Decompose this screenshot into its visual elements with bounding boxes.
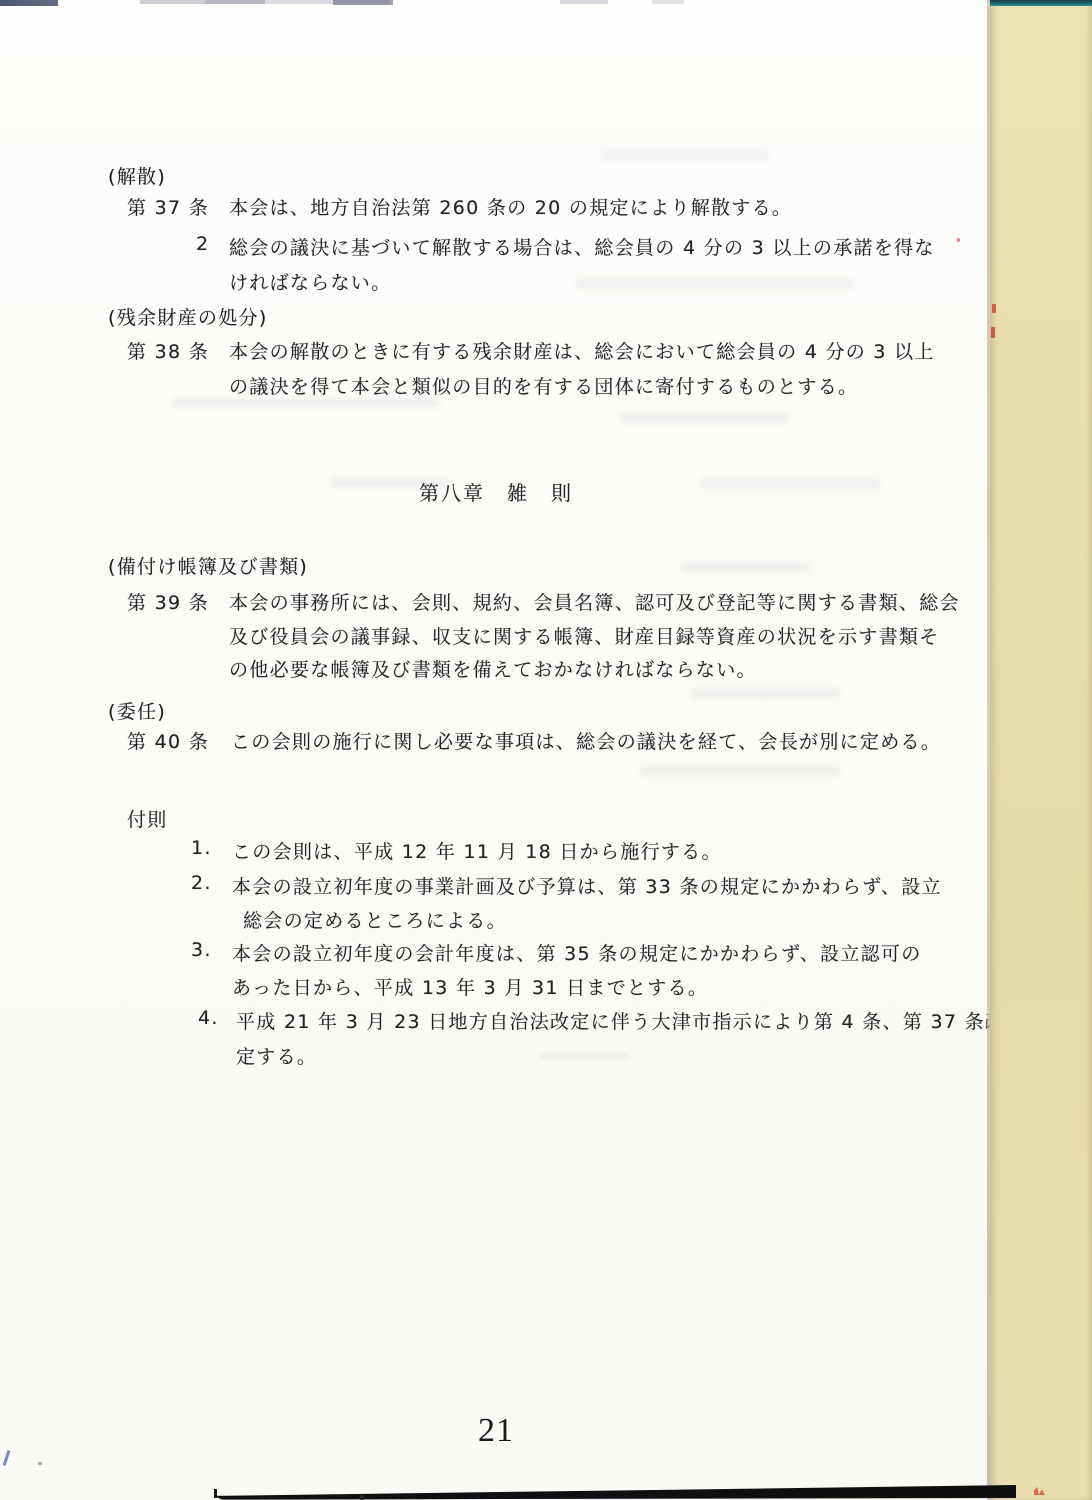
book-page-edge-strip [990,0,1092,1500]
article-38-label: 第 38 条 [127,337,209,364]
supplementary-heading: 付則 [127,805,168,832]
supplementary-item-1-number: 1. [191,837,212,859]
bleed-smudge [680,562,810,572]
supplementary-item-2-line-1: 本会の設立初年度の事業計画及び予算は、第 33 条の規定にかかわらず、設立 [232,872,942,899]
bleed-smudge [575,278,855,289]
scan-noise-top [0,0,58,6]
article-38-line-2: の議決を得て本会と類似の目的を有する団体に寄付するものとする。 [229,372,858,399]
article-40-line-1: この会則の施行に関し必要な事項は、総会の議決を経て、会長が別に定める。 [231,727,941,754]
bleed-smudge [690,688,840,698]
article-37-label: 第 37 条 [127,193,209,220]
red-ink-fleck [992,304,996,313]
scan-noise-top [652,0,684,4]
chapter-8-heading: 第八章 雑 則 [0,477,992,506]
scan-artifact-tick [360,1495,364,1500]
article-38-line-1: 本会の解散のときに有する残余財産は、総会において総会員の 4 分の 3 以上 [229,337,935,364]
caption-books-and-documents: (備付け帳簿及び書類) [108,552,308,579]
scan-shadow-bottom [214,1483,1016,1500]
blue-ink-fleck [3,1450,11,1466]
scan-noise-top [333,0,393,5]
scan-artifact-tick [214,1489,217,1498]
supplementary-item-2-number: 2. [191,872,212,894]
bleed-smudge [600,150,770,161]
supplementary-item-3-number: 3. [191,939,212,961]
supplementary-item-2-line-2: 総会の定めるところによる。 [243,906,507,933]
article-37-para-2-line-2: ければならない。 [229,268,391,295]
article-39-label: 第 39 条 [127,588,209,615]
supplementary-item-3-line-1: 本会の設立初年度の会計年度は、第 35 条の規定にかかわらず、設立認可の [232,939,922,966]
supplementary-item-1-line-1: この会則は、平成 12 年 11 月 18 日から施行する。 [232,837,722,864]
caption-residual-assets: (残余財産の処分) [108,303,268,330]
supplementary-item-4-number: 4. [198,1007,219,1029]
red-ink-fleck [991,327,995,338]
article-37-para-2-line-1: 総会の議決に基づいて解散する場合は、総会員の 4 分の 3 以上の承諾を得な [229,233,935,260]
red-ink-fleck [957,238,960,242]
supplementary-item-3-line-2: あった日から、平成 13 年 3 月 31 日までとする。 [232,973,708,1000]
article-39-line-2: 及び役員会の議事録、収支に関する帳簿、財産目録等資産の状況を示す書類そ [229,622,940,649]
bleed-smudge [170,398,440,408]
ink-fleck [38,1462,42,1465]
article-39-line-3: の他必要な帳簿及び書類を備えておかなければならない。 [229,655,757,682]
article-37-line-1: 本会は、地方自治法第 260 条の 20 の規定により解散する。 [229,193,792,220]
scan-noise-top [560,0,608,4]
bleed-smudge [640,766,840,776]
supplementary-item-4-line-1: 平成 21 年 3 月 23 日地方自治法改定に伴う大津市指示により第 4 条、… [236,1007,1005,1034]
bleed-smudge [540,1052,630,1061]
book-edge-top-line [990,0,1092,6]
supplementary-item-4-line-2: 定する。 [236,1042,317,1069]
scanned-document-page: (解散) 第 37 条 本会は、地方自治法第 260 条の 20 の規定により解… [0,0,1092,1500]
article-40-label: 第 40 条 [127,727,209,754]
bleed-smudge [620,412,790,423]
caption-dissolution: (解散) [108,162,166,189]
caption-delegation: (委任) [108,697,166,724]
article-39-line-1: 本会の事務所には、会則、規約、会員名簿、認可及び登記等に関する書類、総会 [229,588,960,615]
article-37-para-2-number: 2 [196,233,209,255]
page-number: 21 [0,1412,992,1450]
